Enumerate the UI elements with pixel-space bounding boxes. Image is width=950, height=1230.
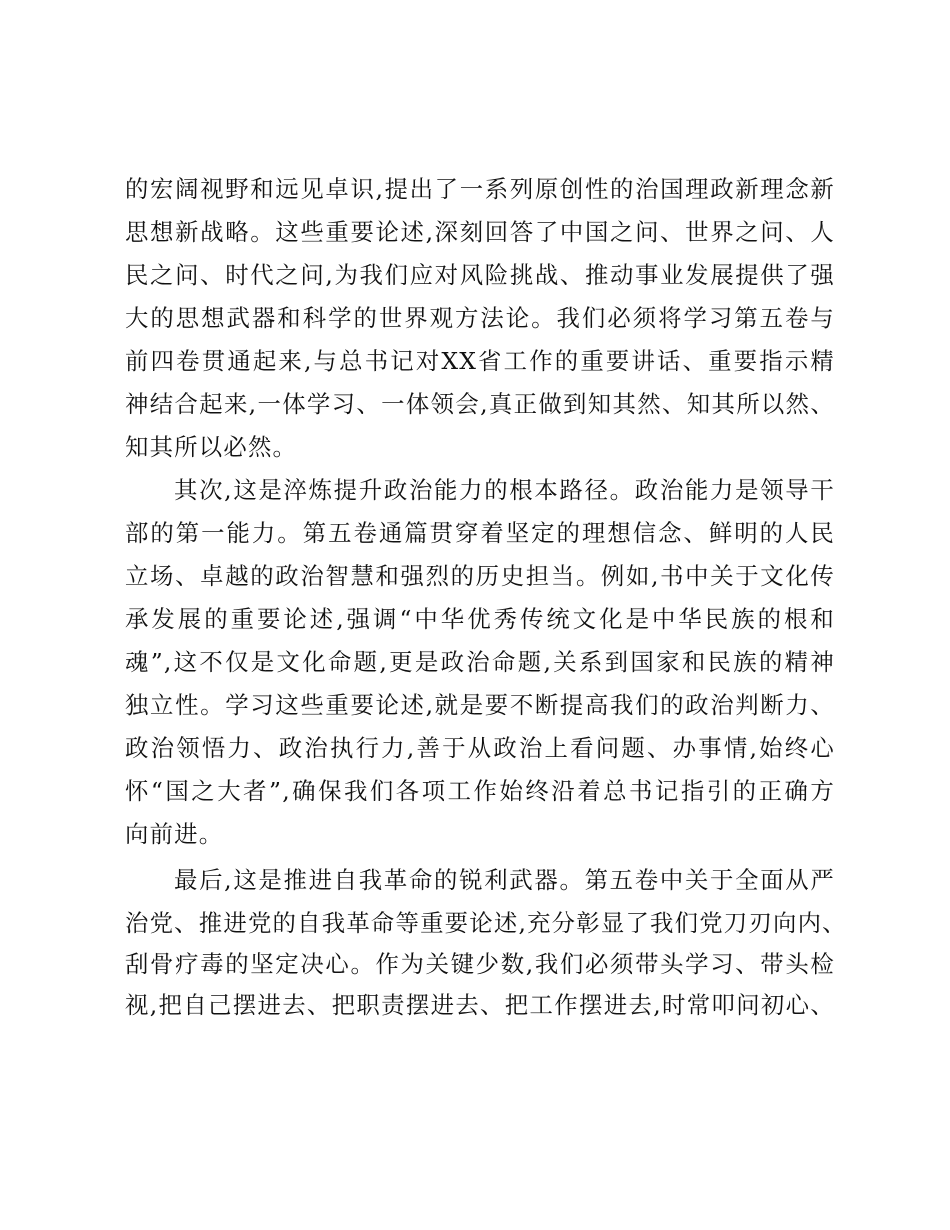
- text-line: 独立性。学习这些重要论述,就是要不断提高我们的政治判断力、: [125, 690, 835, 720]
- text-line: 视,把自己摆进去、把职责摆进去、把工作摆进去,时常叩问初心、: [125, 990, 835, 1020]
- text-line: 部的第一能力。第五卷通篇贯穿着坚定的理想信念、鲜明的人民: [125, 518, 835, 548]
- text-line: 刮骨疗毒的坚定决心。作为关键少数,我们必须带头学习、带头检: [125, 949, 835, 979]
- text-line: 最后,这是推进自我革命的锐利武器。第五卷中关于全面从严: [174, 865, 835, 895]
- text-line: 立场、卓越的政治智慧和强烈的历史担当。例如,书中关于文化传: [125, 561, 835, 591]
- text-line: 大的思想武器和科学的世界观方法论。我们必须将学习第五卷与: [125, 303, 835, 333]
- text-line: 前四卷贯通起来,与总书记对XX省工作的重要讲话、重要指示精: [125, 346, 835, 376]
- text-line: 向前进。: [125, 819, 835, 849]
- text-line: 承发展的重要论述,强调“中华优秀传统文化是中华民族的根和: [125, 604, 835, 634]
- document-page: 的宏阔视野和远见卓识,提出了一系列原创性的治国理政新理念新 思想新战略。这些重要…: [0, 0, 950, 1230]
- text-line: 知其所以必然。: [125, 432, 835, 462]
- text-line: 政治领悟力、政治执行力,善于从政治上看问题、办事情,始终心: [125, 733, 835, 763]
- text-line: 魂”,这不仅是文化命题,更是政治命题,关系到国家和民族的精神: [125, 647, 835, 677]
- text-line: 怀“国之大者”,确保我们各项工作始终沿着总书记指引的正确方: [125, 776, 835, 806]
- text-line: 治党、推进党的自我革命等重要论述,充分彰显了我们党刀刃向内、: [125, 908, 835, 938]
- text-line: 的宏阔视野和远见卓识,提出了一系列原创性的治国理政新理念新: [125, 174, 835, 204]
- text-line: 神结合起来,一体学习、一体领会,真正做到知其然、知其所以然、: [125, 389, 835, 419]
- text-line: 民之问、时代之问,为我们应对风险挑战、推动事业发展提供了强: [125, 260, 835, 290]
- text-line: 其次,这是淬炼提升政治能力的根本路径。政治能力是领导干: [174, 475, 835, 505]
- text-line: 思想新战略。这些重要论述,深刻回答了中国之问、世界之问、人: [125, 217, 835, 247]
